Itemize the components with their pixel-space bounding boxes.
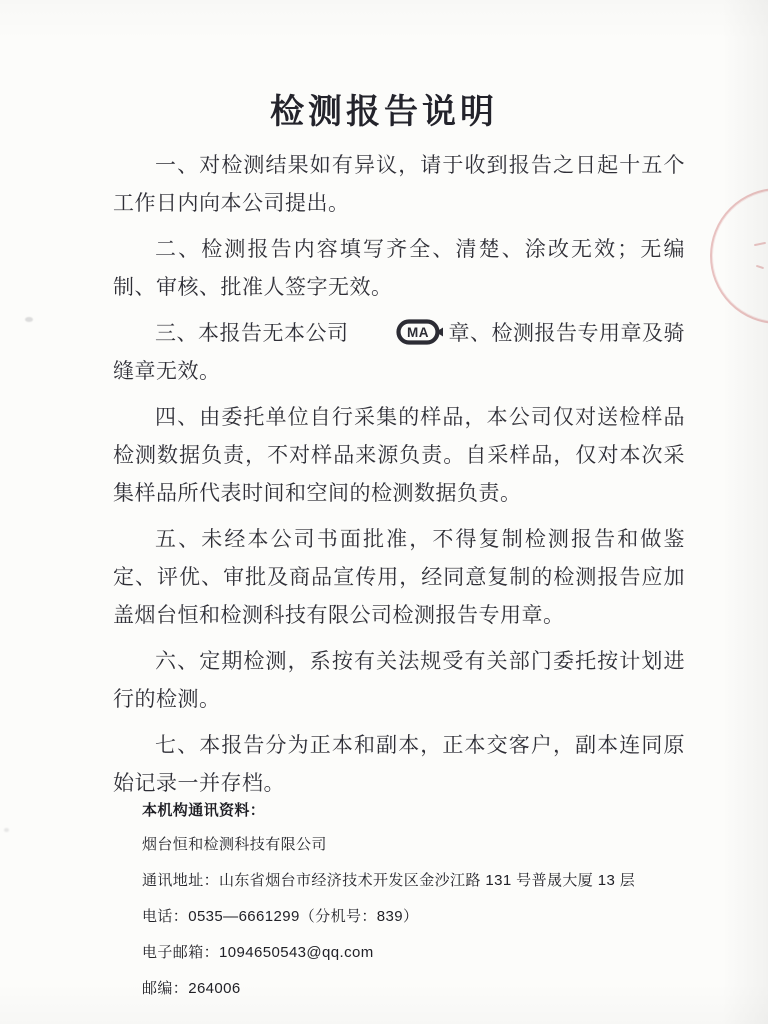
paragraph-7: 七、本报告分为正本和副本，正本交客户，副本连同原始记录一并存档。: [113, 726, 685, 802]
paragraph-1: 一、对检测结果如有异议，请于收到报告之日起十五个工作日内向本公司提出。: [113, 146, 685, 222]
contact-address: 通讯地址：山东省烟台市经济技术开发区金沙江路 131 号普晟大厦 13 层: [142, 869, 702, 890]
paragraph-6: 六、定期检测，系按有关法规受有关部门委托按计划进行的检测。: [113, 642, 685, 718]
paragraph-3: 三、本报告无本公司MA章、检测报告专用章及骑缝章无效。: [113, 314, 685, 390]
contact-email: 电子邮箱：1094650543@qq.com: [142, 941, 702, 962]
contact-phone: 电话：0535—6661299（分机号：839）: [142, 905, 702, 926]
paragraph-2: 二、检测报告内容填写齐全、清楚、涂改无效；无编制、审核、批准人签字无效。: [113, 230, 685, 306]
contact-heading: 本机构通讯资料：: [142, 799, 702, 820]
paragraph-4: 四、由委托单位自行采集的样品，本公司仅对送检样品检测数据负责，不对样品来源负责。…: [113, 398, 685, 512]
contact-postal-code: 邮编：264006: [142, 977, 702, 998]
paragraph-3-text-before: 三、本报告无本公司: [155, 321, 349, 345]
contact-info-section: 本机构通讯资料： 烟台恒和检测科技有限公司 通讯地址：山东省烟台市经济技术开发区…: [142, 799, 702, 1013]
document-title: 检测报告说明: [0, 84, 768, 133]
scan-speck: [4, 828, 9, 832]
contact-company-name: 烟台恒和检测科技有限公司: [142, 833, 702, 854]
cma-mark-letters: MA: [407, 325, 429, 340]
scan-speck: [25, 317, 33, 322]
document-body: 一、对检测结果如有异议，请于收到报告之日起十五个工作日内向本公司提出。 二、检测…: [113, 146, 685, 810]
red-seal-edge-stamp: [710, 188, 768, 324]
paragraph-5: 五、未经本公司书面批准，不得复制检测报告和做鉴定、评优、审批及商品宣传用，经同意…: [113, 520, 685, 634]
cma-certification-mark-icon: MA: [354, 319, 444, 345]
scanned-document-page: 检测报告说明 一、对检测结果如有异议，请于收到报告之日起十五个工作日内向本公司提…: [0, 0, 768, 1024]
